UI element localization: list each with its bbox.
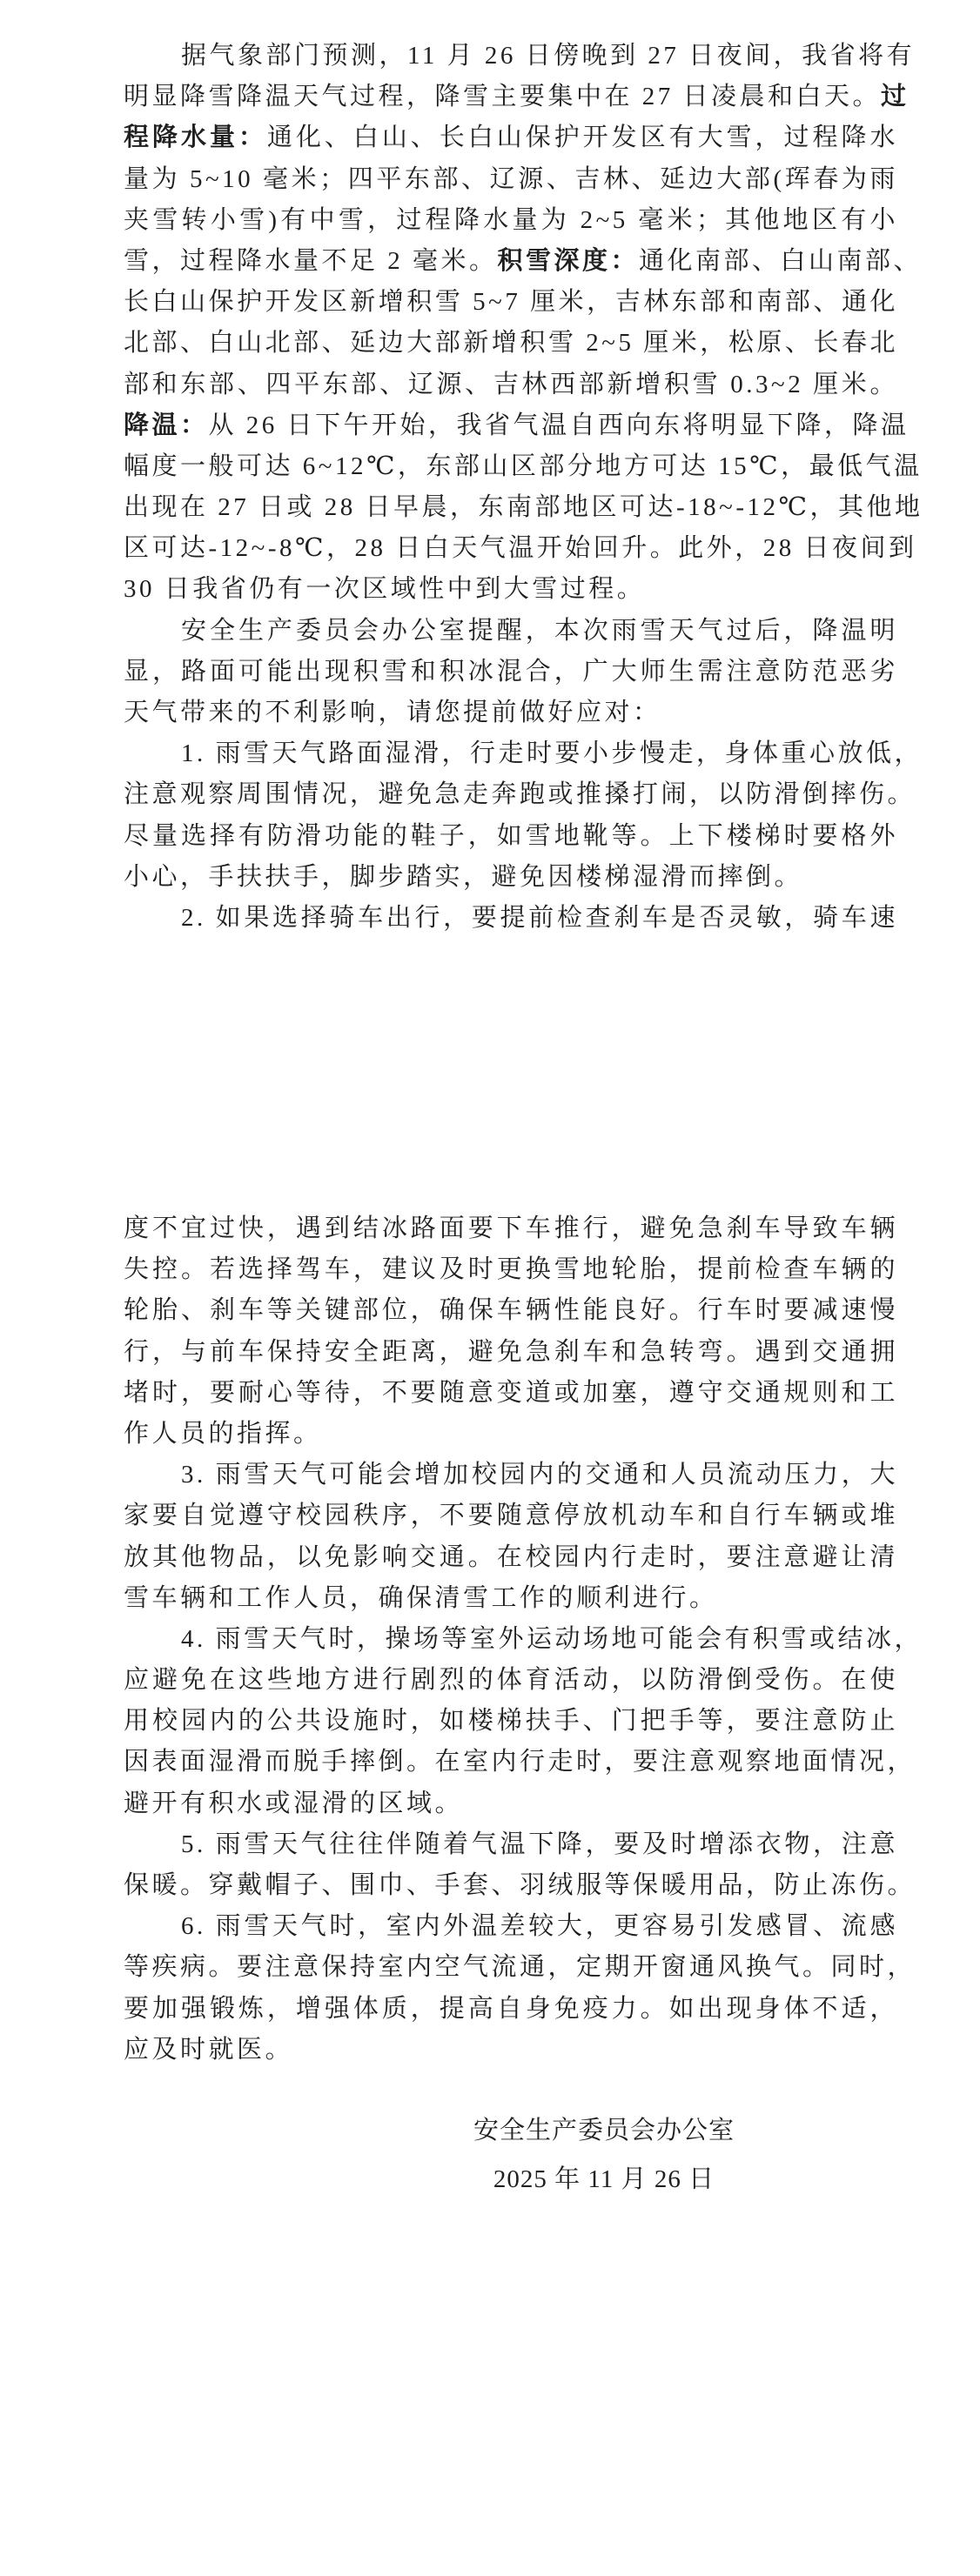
text-line: 明显降雪降温天气过程，降雪主要集中在 27 日凌晨和白天。过 — [124, 77, 898, 117]
text-run: 雪，过程降水量不足 2 毫米。 — [124, 247, 498, 275]
text-run: 家要自觉遵守校园秩序，不要随意停放机动车和自行车辆或堆 — [124, 1502, 898, 1529]
text-run: 行，与前车保持安全距离，避免急刹车和急转弯。遇到交通拥 — [124, 1338, 898, 1366]
text-run: 明显降雪降温天气过程，降雪主要集中在 27 日凌晨和白天。 — [124, 83, 881, 110]
text-run: 显，路面可能出现积雪和积冰混合，广大师生需注意防范恶劣 — [124, 658, 898, 686]
text-line: 保暖。穿戴帽子、围巾、手套、羽绒服等保暖用品，防止冻伤。 — [124, 1865, 898, 1906]
text-line: 行，与前车保持安全距离，避免急刹车和急转弯。遇到交通拥 — [124, 1332, 898, 1373]
text-line: 因表面湿滑而脱手摔倒。在室内行走时，要注意观察地面情况， — [124, 1742, 898, 1783]
page-2-text: 度不宜过快，遇到结冰路面要下车推行，避免急刹车导致车辆失控。若选择驾车，建议及时… — [124, 1208, 898, 2071]
page-1-text: 据气象部门预测，11 月 26 日傍晚到 27 日夜间，我省将有明显降雪降温天气… — [124, 36, 898, 939]
text-line: 作人员的指挥。 — [124, 1414, 898, 1455]
text-line: 4. 雨雪天气时，操场等室外运动场地可能会有积雪或结冰， — [124, 1619, 898, 1660]
text-run: 30 日我省仍有一次区域性中到大雪过程。 — [124, 575, 645, 603]
text-run: 等疾病。要注意保持室内空气流通，定期开窗通风换气。同时， — [124, 1953, 916, 1981]
signature-date: 2025 年 11 月 26 日 — [473, 2155, 735, 2204]
text-line: 应避免在这些地方进行剧烈的体育活动，以防滑倒受伤。在使 — [124, 1660, 898, 1701]
text-run: 天气带来的不利影响，请您提前做好应对： — [124, 699, 661, 726]
text-line: 5. 雨雪天气往往伴随着气温下降，要及时增添衣物，注意 — [124, 1824, 898, 1865]
text-line: 家要自觉遵守校园秩序，不要随意停放机动车和自行车辆或堆 — [124, 1495, 898, 1536]
text-run: 出现在 27 日或 28 日早晨，东南部地区可达-18~-12℃，其他地 — [124, 493, 923, 521]
text-run: 应及时就医。 — [124, 2036, 293, 2064]
text-run: 过 — [881, 83, 910, 110]
text-line: 程降水量：通化、白山、长白山保护开发区有大雪，过程降水 — [124, 117, 898, 158]
text-line: 降温：从 26 日下午开始，我省气温自西向东将明显下降，降温 — [124, 405, 898, 446]
text-line: 轮胎、刹车等关键部位，确保车辆性能良好。行车时要减速慢 — [124, 1290, 898, 1331]
text-line: 6. 雨雪天气时，室内外温差较大，更容易引发感冒、流感 — [124, 1906, 898, 1947]
text-run: 通化、白山、长白山保护开发区有大雪，过程降水 — [267, 124, 898, 151]
text-run: 作人员的指挥。 — [124, 1420, 322, 1448]
text-run: 量为 5~10 毫米；四平东部、辽源、吉林、延边大部(珲春为雨 — [124, 165, 898, 193]
text-line: 应及时就医。 — [124, 2030, 898, 2071]
text-line: 3. 雨雪天气可能会增加校园内的交通和人员流动压力，大 — [124, 1455, 898, 1495]
text-run: 要加强锻炼，增强体质，提高自身免疫力。如出现身体不适， — [124, 1995, 898, 2023]
text-run: 因表面湿滑而脱手摔倒。在室内行走时，要注意观察地面情况， — [124, 1748, 916, 1776]
text-run: 放其他物品，以免影响交通。在校园内行走时，要注意避让清 — [124, 1543, 898, 1571]
text-run: 5. 雨雪天气往往伴随着气温下降，要及时增添衣物，注意 — [181, 1830, 898, 1858]
text-line: 夹雪转小雪)有中雪，过程降水量为 2~5 毫米；其他地区有小 — [124, 200, 898, 241]
text-line: 30 日我省仍有一次区域性中到大雪过程。 — [124, 569, 898, 610]
text-run: 4. 雨雪天气时，操场等室外运动场地可能会有积雪或结冰， — [181, 1625, 923, 1653]
text-run: 度不宜过快，遇到结冰路面要下车推行，避免急刹车导致车辆 — [124, 1214, 898, 1242]
text-run: 通化南部、白山南部、 — [639, 247, 922, 275]
text-run: 降温： — [124, 411, 209, 439]
text-run: 长白山保护开发区新增积雪 5~7 厘米，吉林东部和南部、通化 — [124, 288, 898, 316]
signature-org: 安全生产委员会办公室 — [473, 2106, 735, 2155]
text-line: 避开有积水或湿滑的区域。 — [124, 1783, 898, 1824]
text-line: 度不宜过快，遇到结冰路面要下车推行，避免急刹车导致车辆 — [124, 1208, 898, 1249]
text-line: 尽量选择有防滑功能的鞋子，如雪地靴等。上下楼梯时要格外 — [124, 816, 898, 857]
text-line: 长白山保护开发区新增积雪 5~7 厘米，吉林东部和南部、通化 — [124, 282, 898, 323]
text-line: 幅度一般可达 6~12℃，东部山区部分地方可达 15℃，最低气温 — [124, 446, 898, 487]
text-line: 北部、白山北部、延边大部新增积雪 2~5 厘米，松原、长春北 — [124, 323, 898, 364]
text-line: 等疾病。要注意保持室内空气流通，定期开窗通风换气。同时， — [124, 1947, 898, 1988]
text-line: 2. 如果选择骑车出行，要提前检查刹车是否灵敏，骑车速 — [124, 898, 898, 939]
text-line: 区可达-12~-8℃，28 日白天气温开始回升。此外，28 日夜间到 — [124, 528, 898, 569]
text-run: 堵时，要耐心等待，不要随意变道或加塞，遵守交通规则和工 — [124, 1379, 898, 1407]
text-line: 用校园内的公共设施时，如楼梯扶手、门把手等，要注意防止 — [124, 1701, 898, 1742]
signature-block: 安全生产委员会办公室 2025 年 11 月 26 日 — [473, 2106, 735, 2204]
text-line: 显，路面可能出现积雪和积冰混合，广大师生需注意防范恶劣 — [124, 652, 898, 693]
text-line: 1. 雨雪天气路面湿滑，行走时要小步慢走，身体重心放低， — [124, 733, 898, 774]
document-page: 据气象部门预测，11 月 26 日傍晚到 27 日夜间，我省将有明显降雪降温天气… — [0, 0, 980, 2576]
text-run: 据气象部门预测，11 月 26 日傍晚到 27 日夜间，我省将有 — [181, 42, 915, 70]
text-run: 注意观察周围情况，避免急走奔跑或推搡打闹，以防滑倒摔伤。 — [124, 780, 916, 808]
text-run: 6. 雨雪天气时，室内外温差较大，更容易引发感冒、流感 — [181, 1912, 898, 1940]
text-run: 1. 雨雪天气路面湿滑，行走时要小步慢走，身体重心放低， — [181, 739, 923, 767]
text-run: 保暖。穿戴帽子、围巾、手套、羽绒服等保暖用品，防止冻伤。 — [124, 1871, 916, 1899]
text-line: 雪车辆和工作人员，确保清雪工作的顺利进行。 — [124, 1578, 898, 1619]
text-line: 安全生产委员会办公室提醒，本次雨雪天气过后，降温明 — [124, 611, 898, 652]
text-line: 出现在 27 日或 28 日早晨，东南部地区可达-18~-12℃，其他地 — [124, 487, 898, 528]
text-line: 部和东部、四平东部、辽源、吉林西部新增积雪 0.3~2 厘米。 — [124, 365, 898, 405]
text-run: 3. 雨雪天气可能会增加校园内的交通和人员流动压力，大 — [181, 1461, 898, 1489]
text-run: 轮胎、刹车等关键部位，确保车辆性能良好。行车时要减速慢 — [124, 1296, 898, 1324]
text-line: 据气象部门预测，11 月 26 日傍晚到 27 日夜间，我省将有 — [124, 36, 898, 77]
text-line: 放其他物品，以免影响交通。在校园内行走时，要注意避让清 — [124, 1537, 898, 1578]
text-run: 尽量选择有防滑功能的鞋子，如雪地靴等。上下楼梯时要格外 — [124, 822, 898, 850]
text-run: 失控。若选择驾车，建议及时更换雪地轮胎，提前检查车辆的 — [124, 1255, 898, 1283]
text-line: 量为 5~10 毫米；四平东部、辽源、吉林、延边大部(珲春为雨 — [124, 159, 898, 200]
text-line: 要加强锻炼，增强体质，提高自身免疫力。如出现身体不适， — [124, 1989, 898, 2030]
text-run: 北部、白山北部、延边大部新增积雪 2~5 厘米，松原、长春北 — [124, 329, 898, 357]
text-run: 2. 如果选择骑车出行，要提前检查刹车是否灵敏，骑车速 — [181, 904, 898, 932]
text-run: 应避免在这些地方进行剧烈的体育活动，以防滑倒受伤。在使 — [124, 1666, 898, 1694]
text-run: 部和东部、四平东部、辽源、吉林西部新增积雪 0.3~2 厘米。 — [124, 371, 898, 398]
text-run: 积雪深度： — [498, 247, 640, 275]
text-run: 程降水量： — [124, 124, 267, 151]
text-line: 堵时，要耐心等待，不要随意变道或加塞，遵守交通规则和工 — [124, 1373, 898, 1414]
text-run: 雪车辆和工作人员，确保清雪工作的顺利进行。 — [124, 1584, 718, 1612]
text-run: 避开有积水或湿滑的区域。 — [124, 1790, 463, 1817]
text-run: 从 26 日下午开始，我省气温自西向东将明显下降，降温 — [209, 411, 910, 439]
text-line: 天气带来的不利影响，请您提前做好应对： — [124, 693, 898, 733]
text-run: 夹雪转小雪)有中雪，过程降水量为 2~5 毫米；其他地区有小 — [124, 206, 898, 234]
text-run: 小心，手扶扶手，脚步踏实，避免因楼梯湿滑而摔倒。 — [124, 863, 802, 891]
text-run: 幅度一般可达 6~12℃，东部山区部分地方可达 15℃，最低气温 — [124, 452, 923, 480]
text-run: 用校园内的公共设施时，如楼梯扶手、门把手等，要注意防止 — [124, 1707, 898, 1735]
text-line: 小心，手扶扶手，脚步踏实，避免因楼梯湿滑而摔倒。 — [124, 857, 898, 898]
text-line: 雪，过程降水量不足 2 毫米。积雪深度：通化南部、白山南部、 — [124, 241, 898, 282]
text-run: 安全生产委员会办公室提醒，本次雨雪天气过后，降温明 — [181, 617, 898, 645]
text-run: 区可达-12~-8℃，28 日白天气温开始回升。此外，28 日夜间到 — [124, 534, 916, 562]
text-line: 失控。若选择驾车，建议及时更换雪地轮胎，提前检查车辆的 — [124, 1249, 898, 1290]
text-line: 注意观察周围情况，避免急走奔跑或推搡打闹，以防滑倒摔伤。 — [124, 774, 898, 815]
